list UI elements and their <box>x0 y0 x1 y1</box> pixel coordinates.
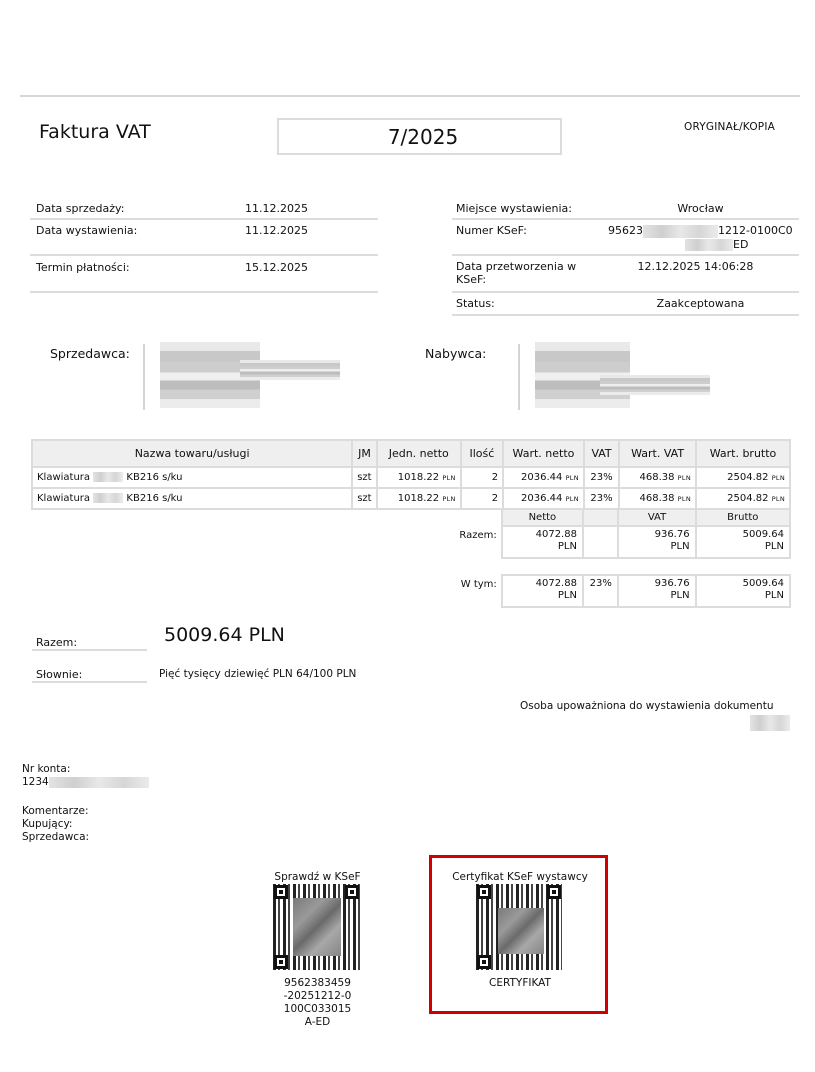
invoice-number: 7/2025 <box>277 118 562 155</box>
issue-date-label: Data wystawienia: <box>30 224 245 254</box>
seller-details-redacted <box>240 360 340 380</box>
authorized-person-redacted <box>750 715 790 731</box>
items-table: Nazwa towaru/usługi JM Jedn. netto Ilość… <box>31 439 791 510</box>
sum-col-gross: Brutto <box>696 509 790 526</box>
redacted-block <box>93 493 123 503</box>
summary-total-net: 4072.88PLN <box>502 526 583 558</box>
item-unit: szt <box>352 488 377 509</box>
status-row: Status: Zaakceptowana <box>452 293 799 316</box>
summary-total-rate <box>583 526 619 558</box>
comments-buyer-label: Kupujący: <box>22 818 89 831</box>
qr-redacted <box>293 898 341 956</box>
col-name: Nazwa towaru/usługi <box>32 440 352 467</box>
account-section: Nr konta: 1234 <box>22 763 149 789</box>
item-unit-net: 1018.22 PLN <box>377 488 461 509</box>
document-title: Faktura VAT <box>39 121 151 143</box>
comments-label: Komentarze: <box>22 805 89 818</box>
item-vat-rate: 23% <box>584 467 619 488</box>
total-value: 5009.64 PLN <box>164 624 285 646</box>
breakdown-vat: 936.76PLN <box>618 575 695 607</box>
issue-place-row: Miejsce wystawienia: Wrocław <box>452 199 799 220</box>
comments-seller-label: Sprzedawca: <box>22 831 89 844</box>
sum-col-rate <box>583 509 619 526</box>
top-divider <box>20 95 800 97</box>
authorized-person-label: Osoba upoważniona do wystawienia dokumen… <box>520 700 773 712</box>
payment-due-row: Termin płatności: 15.12.2025 <box>30 256 378 293</box>
issue-date-value: 11.12.2025 <box>245 224 378 254</box>
redacted-block <box>49 777 149 788</box>
ksef-number-suffix: 1212-0100C0 <box>718 224 793 237</box>
certificate-caption: CERTYFIKAT <box>440 977 600 989</box>
sale-date-row: Data sprzedaży: 11.12.2025 <box>30 199 378 220</box>
summary-header-row: Netto VAT Brutto <box>446 509 790 526</box>
table-row: Klawiatura KB216 s/ku szt 1018.22 PLN 2 … <box>32 488 790 509</box>
seller-label: Sprzedawca: <box>50 346 130 361</box>
breakdown-net: 4072.88PLN <box>502 575 583 607</box>
buyer-label: Nabywca: <box>425 346 486 361</box>
buyer-details-redacted <box>600 375 710 395</box>
account-number: 1234 <box>22 776 149 789</box>
col-unit: JM <box>352 440 377 467</box>
breakdown-rate: 23% <box>583 575 619 607</box>
ksef-number-suffix-2: ED <box>733 238 748 251</box>
sale-date-label: Data sprzedaży: <box>30 202 245 218</box>
sale-date-value: 11.12.2025 <box>245 202 378 218</box>
item-gross: 2504.82 PLN <box>696 467 790 488</box>
status-value: Zaakceptowana <box>602 297 799 314</box>
ksef-number-prefix: 95623 <box>608 224 643 237</box>
item-name: Klawiatura KB216 s/ku <box>32 467 352 488</box>
ksef-processing-row: Data przetworzenia w KSeF: 12.12.2025 14… <box>452 256 799 293</box>
item-unit: szt <box>352 467 377 488</box>
payment-due-value: 15.12.2025 <box>245 261 378 291</box>
ksef-processing-value: 12.12.2025 14:06:28 <box>592 260 799 291</box>
invoice-dates: Data sprzedaży: 11.12.2025 Data wystawie… <box>30 199 378 293</box>
col-gross: Wart. brutto <box>696 440 790 467</box>
col-vat: Wart. VAT <box>619 440 696 467</box>
in-words-label: Słownie: <box>32 668 147 683</box>
payment-due-label: Termin płatności: <box>30 261 245 291</box>
issue-date-row: Data wystawienia: 11.12.2025 <box>30 220 378 256</box>
summary-total-gross: 5009.64PLN <box>696 526 790 558</box>
item-unit-net: 1018.22 PLN <box>377 467 461 488</box>
breakdown-gross: 5009.64PLN <box>696 575 790 607</box>
comments-section: Komentarze: Kupujący: Sprzedawca: <box>22 805 89 844</box>
verify-qr-code[interactable] <box>273 884 360 970</box>
ksef-number-row: Numer KSeF: 956231212-0100C0 ED <box>452 220 799 256</box>
col-unit-net: Jedn. netto <box>377 440 461 467</box>
ksef-processing-label: Data przetworzenia w KSeF: <box>452 260 592 291</box>
certificate-qr-title: Certyfikat KSeF wystawcy <box>440 871 600 883</box>
ksef-info: Miejsce wystawienia: Wrocław Numer KSeF:… <box>452 199 799 316</box>
summary-total-label: Razem: <box>446 526 502 558</box>
items-header-row: Nazwa towaru/usługi JM Jedn. netto Ilość… <box>32 440 790 467</box>
item-vat: 468.38 PLN <box>619 467 696 488</box>
in-words-value: Pięć tysięcy dziewięć PLN 64/100 PLN <box>159 668 356 680</box>
breakdown-label: W tym: <box>446 575 502 607</box>
item-net: 2036.44 PLN <box>503 488 584 509</box>
original-copy-label: ORYGINAŁ/KOPIA <box>684 121 775 133</box>
col-vat-rate: VAT <box>584 440 619 467</box>
redacted-block <box>685 239 733 251</box>
ksef-number-value: 956231212-0100C0 ED <box>602 224 799 254</box>
summary-table: Netto VAT Brutto Razem: 4072.88PLN 936.7… <box>446 508 791 559</box>
summary-total-row: Razem: 4072.88PLN 936.76PLN 5009.64PLN <box>446 526 790 558</box>
certificate-qr-code[interactable] <box>476 884 562 970</box>
redacted-block <box>93 472 123 482</box>
item-gross: 2504.82 PLN <box>696 488 790 509</box>
status-label: Status: <box>452 297 602 314</box>
vat-breakdown-row: W tym: 4072.88PLN 23% 936.76PLN 5009.64P… <box>446 575 790 607</box>
seller-divider <box>143 344 145 410</box>
issue-place-value: Wrocław <box>602 202 799 218</box>
col-qty: Ilość <box>461 440 503 467</box>
col-net: Wart. netto <box>503 440 584 467</box>
total-label: Razem: <box>32 636 147 651</box>
item-net: 2036.44 PLN <box>503 467 584 488</box>
summary-total-vat: 936.76PLN <box>618 526 695 558</box>
table-row: Klawiatura KB216 s/ku szt 1018.22 PLN 2 … <box>32 467 790 488</box>
item-qty: 2 <box>461 467 503 488</box>
ksef-number-label: Numer KSeF: <box>452 224 602 254</box>
qr-redacted <box>498 908 544 954</box>
item-name: Klawiatura KB216 s/ku <box>32 488 352 509</box>
item-qty: 2 <box>461 488 503 509</box>
verify-qr-title: Sprawdź w KSeF <box>265 871 370 883</box>
account-label: Nr konta: <box>22 763 149 776</box>
item-vat-rate: 23% <box>584 488 619 509</box>
issue-place-label: Miejsce wystawienia: <box>452 202 602 218</box>
buyer-divider <box>518 344 520 410</box>
item-vat: 468.38 PLN <box>619 488 696 509</box>
sum-col-net: Netto <box>502 509 583 526</box>
sum-col-vat: VAT <box>618 509 695 526</box>
vat-breakdown-table: W tym: 4072.88PLN 23% 936.76PLN 5009.64P… <box>446 574 791 608</box>
redacted-block <box>643 225 718 238</box>
verify-qr-code-text: 9562383459 -20251212-0 100C033015 A-ED <box>265 977 370 1029</box>
